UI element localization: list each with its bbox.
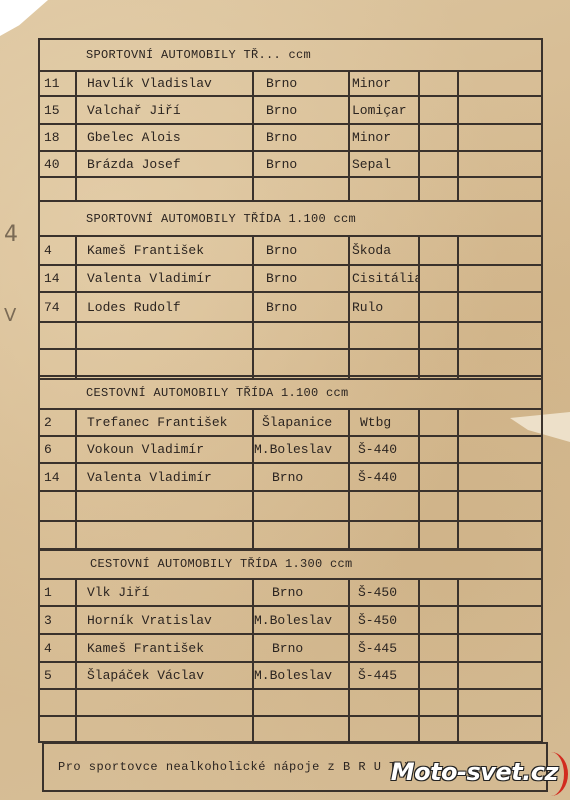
empty-cell <box>420 293 459 321</box>
start-number: 2 <box>40 410 77 435</box>
empty-cell <box>459 293 541 321</box>
table-row <box>40 492 541 522</box>
start-number: 18 <box>40 125 77 150</box>
empty-cell <box>420 266 459 291</box>
start-number: 4 <box>40 635 77 661</box>
driver-name: Horník Vratislav <box>77 607 254 633</box>
driver-town: M.Boleslav <box>254 437 350 462</box>
driver-name <box>77 690 254 715</box>
table-row: 1 Vlk Jiří Brno Š-450 <box>40 580 541 607</box>
driver-town: Brno <box>254 580 350 605</box>
start-number <box>40 323 77 348</box>
car-make <box>350 690 420 715</box>
table-row: 2 Trefanec František Šlapanice Wtbg <box>40 410 541 437</box>
driver-town <box>254 717 350 741</box>
table-row: 18 Gbelec Alois Brno Minor <box>40 125 541 152</box>
car-make: Cisitália <box>350 266 420 291</box>
car-make <box>350 717 420 741</box>
empty-cell <box>459 522 541 549</box>
driver-name: Kameš František <box>77 635 254 661</box>
empty-cell <box>459 125 541 150</box>
driver-name: Vokoun Vladimír <box>77 437 254 462</box>
driver-town: Brno <box>254 125 350 150</box>
table-row <box>40 178 541 200</box>
car-make <box>350 178 420 200</box>
empty-cell <box>459 152 541 176</box>
empty-cell <box>420 580 459 605</box>
empty-cell <box>420 152 459 176</box>
table-row: 14 Valenta Vladimír Brno Cisitália <box>40 266 541 293</box>
driver-town: Brno <box>254 97 350 123</box>
driver-town <box>254 690 350 715</box>
driver-name: Havlík Vladislav <box>77 72 254 95</box>
section-touring-1100: CESTOVNÍ AUTOMOBILY TŘÍDA 1.100 ccm 2 Tr… <box>38 375 543 551</box>
driver-name: Trefanec František <box>77 410 254 435</box>
start-number: 74 <box>40 293 77 321</box>
driver-name <box>77 178 254 200</box>
empty-cell <box>420 717 459 741</box>
empty-cell <box>459 663 541 688</box>
empty-cell <box>459 635 541 661</box>
empty-cell <box>420 663 459 688</box>
start-number <box>40 717 77 741</box>
empty-cell <box>420 350 459 378</box>
empty-cell <box>459 464 541 490</box>
empty-cell <box>420 125 459 150</box>
driver-town: Brno <box>254 293 350 321</box>
empty-cell <box>459 580 541 605</box>
driver-town: M.Boleslav <box>254 607 350 633</box>
driver-town <box>254 323 350 348</box>
car-make: Minor <box>350 72 420 95</box>
driver-town <box>254 178 350 200</box>
start-number <box>40 522 77 549</box>
start-number: 40 <box>40 152 77 176</box>
start-number: 6 <box>40 437 77 462</box>
car-make: Š-445 <box>350 635 420 661</box>
margin-mark: 4 <box>4 222 18 247</box>
car-make <box>350 323 420 348</box>
car-make <box>350 492 420 520</box>
driver-town: Brno <box>254 72 350 95</box>
start-number: 1 <box>40 580 77 605</box>
car-make: Sepal <box>350 152 420 176</box>
start-number: 5 <box>40 663 77 688</box>
driver-name <box>77 522 254 549</box>
start-number: 3 <box>40 607 77 633</box>
empty-cell <box>420 72 459 95</box>
table-row: 6 Vokoun Vladimír M.Boleslav Š-440 <box>40 437 541 464</box>
empty-cell <box>420 522 459 549</box>
car-make: Lomiçar <box>350 97 420 123</box>
section-sport-class-1: SPORTOVNÍ AUTOMOBILY TŘ... ccm 11 Havlík… <box>38 38 543 202</box>
table-row <box>40 350 541 378</box>
section-touring-1300: CESTOVNÍ AUTOMOBILY TŘÍDA 1.300 ccm 1 Vl… <box>38 548 543 743</box>
car-make: Wtbg <box>350 410 420 435</box>
empty-cell <box>420 464 459 490</box>
driver-town <box>254 522 350 549</box>
driver-name: Valenta Vladimír <box>77 266 254 291</box>
driver-town: Brno <box>254 237 350 264</box>
empty-cell <box>459 492 541 520</box>
table-row: 11 Havlík Vladislav Brno Minor <box>40 72 541 97</box>
driver-name: Kameš František <box>77 237 254 264</box>
table-row <box>40 323 541 350</box>
start-number: 14 <box>40 464 77 490</box>
car-make: Rulo <box>350 293 420 321</box>
empty-cell <box>420 492 459 520</box>
empty-cell <box>459 97 541 123</box>
driver-town: Brno <box>254 152 350 176</box>
empty-cell <box>459 266 541 291</box>
start-number <box>40 690 77 715</box>
section-title: SPORTOVNÍ AUTOMOBILY TŘÍDA 1.100 ccm <box>40 202 541 237</box>
table-row: 4 Kameš František Brno Š-445 <box>40 635 541 663</box>
section-title: CESTOVNÍ AUTOMOBILY TŘÍDA 1.100 ccm <box>40 377 541 410</box>
empty-cell <box>459 350 541 378</box>
driver-name: Šlapáček Václav <box>77 663 254 688</box>
empty-cell <box>420 607 459 633</box>
car-make <box>350 350 420 378</box>
table-row: 40 Brázda Josef Brno Sepal <box>40 152 541 178</box>
table-row <box>40 690 541 717</box>
table-row: 3 Horník Vratislav M.Boleslav Š-450 <box>40 607 541 635</box>
start-number <box>40 178 77 200</box>
table-row: 5 Šlapáček Václav M.Boleslav Š-445 <box>40 663 541 690</box>
table-row: 15 Valchař Jiří Brno Lomiçar <box>40 97 541 125</box>
empty-cell <box>459 717 541 741</box>
table-row <box>40 717 541 741</box>
car-make: Minor <box>350 125 420 150</box>
empty-cell <box>420 178 459 200</box>
driver-name <box>77 323 254 348</box>
start-number <box>40 350 77 378</box>
driver-town: Šlapanice <box>254 410 350 435</box>
driver-town <box>254 492 350 520</box>
empty-cell <box>420 97 459 123</box>
start-number: 14 <box>40 266 77 291</box>
margin-mark: V <box>4 305 16 326</box>
table-row: 74 Lodes Rudolf Brno Rulo <box>40 293 541 323</box>
car-make: Š-450 <box>350 580 420 605</box>
table-row: 4 Kameš František Brno Škoda <box>40 237 541 266</box>
car-make: Š-440 <box>350 464 420 490</box>
driver-name: Brázda Josef <box>77 152 254 176</box>
table-row: 14 Valenta Vladimír Brno Š-440 <box>40 464 541 492</box>
driver-town <box>254 350 350 378</box>
section-title: CESTOVNÍ AUTOMOBILY TŘÍDA 1.300 ccm <box>40 550 541 580</box>
driver-name: Gbelec Alois <box>77 125 254 150</box>
empty-cell <box>420 323 459 348</box>
driver-town: Brno <box>254 266 350 291</box>
empty-cell <box>459 323 541 348</box>
driver-name: Lodes Rudolf <box>77 293 254 321</box>
driver-name: Vlk Jiří <box>77 580 254 605</box>
car-make: Škoda <box>350 237 420 264</box>
driver-name <box>77 492 254 520</box>
empty-cell <box>459 607 541 633</box>
empty-cell <box>420 437 459 462</box>
empty-cell <box>420 410 459 435</box>
driver-town: Brno <box>254 635 350 661</box>
driver-name <box>77 717 254 741</box>
section-title: SPORTOVNÍ AUTOMOBILY TŘ... ccm <box>40 40 541 72</box>
table-row <box>40 522 541 549</box>
car-make: Š-450 <box>350 607 420 633</box>
empty-cell <box>420 237 459 264</box>
empty-cell <box>459 410 541 435</box>
empty-cell <box>459 72 541 95</box>
car-make: Š-440 <box>350 437 420 462</box>
driver-town: Brno <box>254 464 350 490</box>
empty-cell <box>420 635 459 661</box>
start-number: 15 <box>40 97 77 123</box>
section-sport-1100: SPORTOVNÍ AUTOMOBILY TŘÍDA 1.100 ccm 4 K… <box>38 200 543 380</box>
driver-name <box>77 350 254 378</box>
empty-cell <box>459 690 541 715</box>
start-number: 4 <box>40 237 77 264</box>
car-make: Š-445 <box>350 663 420 688</box>
driver-town: M.Boleslav <box>254 663 350 688</box>
empty-cell <box>420 690 459 715</box>
start-number: 11 <box>40 72 77 95</box>
sponsor-text: Pro sportovce nealkoholické nápoje z B R… <box>58 760 412 774</box>
start-number <box>40 492 77 520</box>
car-make <box>350 522 420 549</box>
watermark-logo: Moto-svet.cz <box>391 758 558 786</box>
driver-name: Valenta Vladimír <box>77 464 254 490</box>
driver-name: Valchař Jiří <box>77 97 254 123</box>
empty-cell <box>459 178 541 200</box>
empty-cell <box>459 237 541 264</box>
torn-paper-corner <box>0 0 48 36</box>
empty-cell <box>459 437 541 462</box>
